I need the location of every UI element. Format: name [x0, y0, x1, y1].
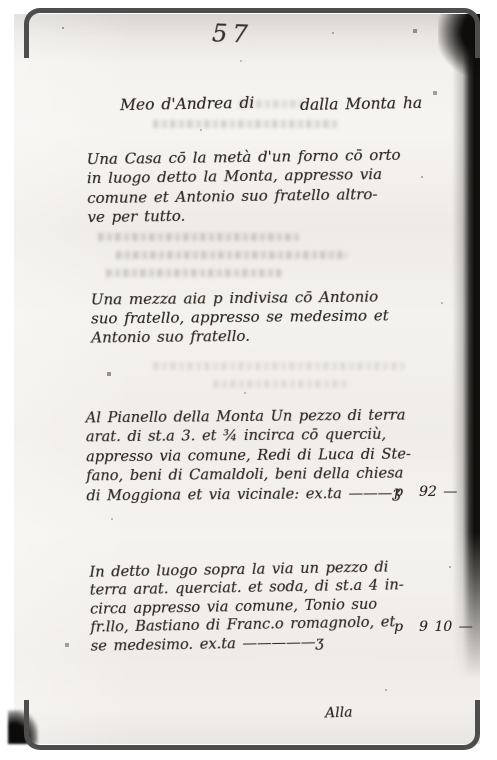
valuation-amount: 9 10 — — [419, 619, 473, 635]
ink-bleedthrough — [95, 233, 348, 287]
ink-bleedthrough — [150, 120, 340, 138]
frame-bracket-top — [24, 8, 480, 58]
property-entry-4: In detto luogo sopra la via un pezzo di … — [89, 558, 405, 655]
foxing-specks — [0, 0, 2, 2]
heading-place-name: dalla Monta ha — [300, 94, 422, 114]
property-entry-3: Al Pianello della Monta Un pezzo di terr… — [86, 406, 412, 506]
property-entry-2: Una mezza aia p indivisa cō Antonio suo … — [91, 287, 389, 347]
property-entry-1: Una Casa cō la metà d'un forno cō orto i… — [86, 146, 401, 228]
entry-4-valuation: p9 10 — — [394, 619, 473, 635]
ink-bleedthrough — [150, 362, 405, 398]
entry-line: suo fratello, appresso se medesimo et — [91, 306, 389, 328]
manuscript-scan-viewer: 57 Meo d'Andrea di dalla Monta ha Una Ca… — [0, 0, 497, 760]
entry-3-valuation: p92 — — [394, 484, 457, 500]
page-edge-shadow — [452, 14, 480, 679]
entry-line: arat. di st.a 3. et ¾ incirca cō querciù… — [86, 425, 411, 447]
heading-owner-name: Meo d'Andrea di — [120, 94, 255, 114]
lira-mark: p — [394, 484, 403, 500]
valuation-amount: 92 — — [419, 484, 457, 500]
entry-line: di Moggiona et via vicinale: ex.ta ———ʒ — [86, 483, 411, 505]
entry-line: fano, beni di Camaldoli, beni della chie… — [86, 464, 411, 486]
frame-bracket-bottom — [24, 700, 480, 750]
lira-mark: p — [394, 619, 403, 635]
entry-line: Antonio suo fratello. — [91, 325, 389, 347]
